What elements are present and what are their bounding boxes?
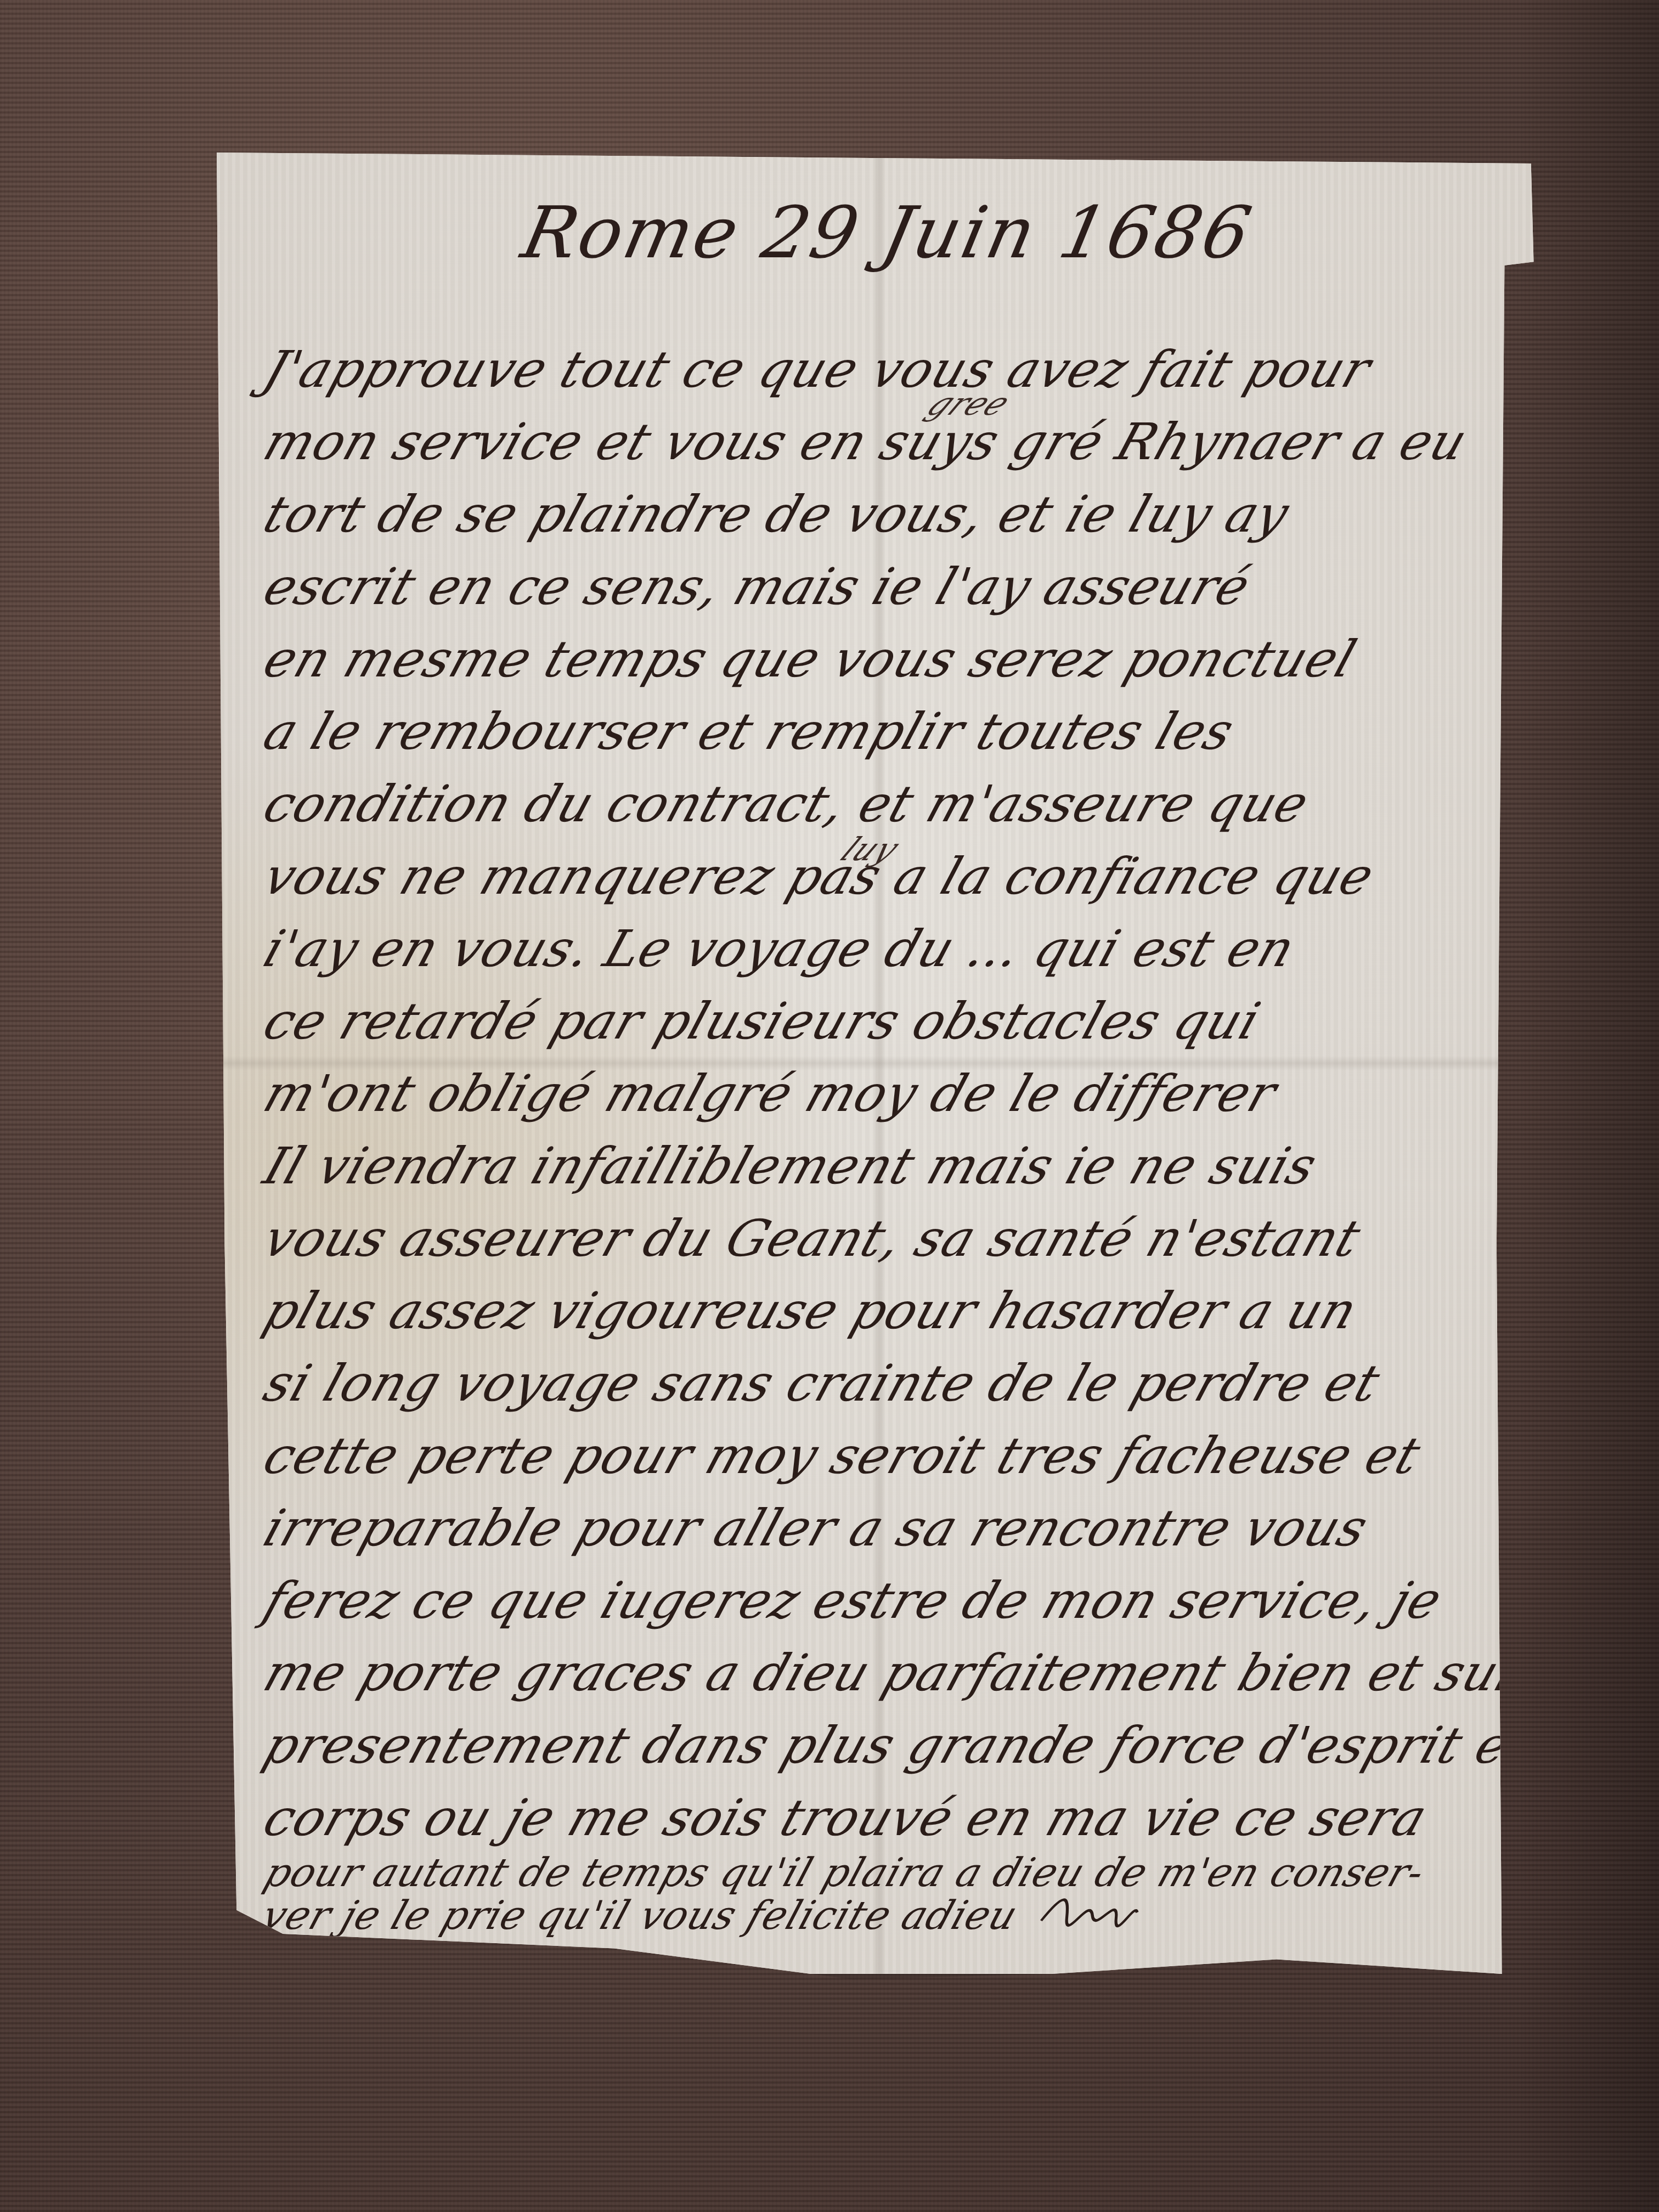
letter-line-8: vous ne manquerez pas a la confiance que… xyxy=(255,840,1513,913)
letter-line-4: escrit en ce sens, mais ie l'ay asseuré xyxy=(255,551,1513,623)
letter-line-10: ce retardé par plusieurs obstacles qui xyxy=(255,985,1513,1058)
letter-line-18: ferez ce que iugerez estre de mon servic… xyxy=(255,1565,1513,1637)
letter-line-22: pour autant de temps qu'il plaira a dieu… xyxy=(260,1854,1506,1891)
letter-body: J'approuve tout ce que vous avez fait po… xyxy=(266,334,1500,1927)
letter-line-12: Il viendra infailliblement mais ie ne su… xyxy=(255,1130,1513,1203)
letter-dateline: Rome 29 Juin 1686 xyxy=(515,191,1260,274)
letter-line-6: a le rembourser et remplir toutes les xyxy=(255,696,1513,768)
letter-line-17: irreparable pour aller a sa rencontre vo… xyxy=(255,1492,1513,1565)
letter-line-16: cette perte pour moy seroit tres facheus… xyxy=(255,1420,1513,1492)
letter-line-5: en mesme temps que vous serez ponctuel xyxy=(255,623,1513,696)
letter-line-9: i'ay en vous. Le voyage du ... qui est e… xyxy=(255,913,1513,985)
letter-line-2-text: mon service et vous en suys gré Rhynaer … xyxy=(257,413,1475,471)
letter-line-3: tort de se plaindre de vous, et ie luy a… xyxy=(255,478,1513,551)
letter-line-15: si long voyage sans crainte de le perdre… xyxy=(255,1347,1513,1420)
letter-line-2: mon service et vous en suys gré Rhynaer … xyxy=(255,406,1513,478)
letter-line-23-text: ver je le prie qu'il vous felicite adieu xyxy=(256,1892,1024,1938)
letter-line-21: corps ou je me sois trouvé en ma vie ce … xyxy=(255,1782,1513,1854)
letter-line-13: vous asseurer du Geant, sa santé n'estan… xyxy=(255,1203,1513,1275)
letter-line-19: me porte graces a dieu parfaitement bien… xyxy=(255,1637,1513,1709)
signature-paraph-icon xyxy=(1036,1891,1147,1930)
letter-line-11: m'ont obligé malgré moy de le differer xyxy=(255,1058,1513,1130)
letter-line-20: presentement dans plus grande force d'es… xyxy=(255,1709,1513,1782)
fabric-background-shadow xyxy=(1516,0,1659,2212)
letter-sheet: Rome 29 Juin 1686 J'approuve tout ce que… xyxy=(217,153,1542,1974)
letter-line-14: plus assez vigoureuse pour hasarder a un xyxy=(255,1275,1513,1347)
letter-line-1: J'approuve tout ce que vous avez fait po… xyxy=(255,334,1513,406)
letter-line-8-text: vous ne manquerez pas a la confiance que xyxy=(257,847,1381,906)
letter-line-23: ver je le prie qu'il vous felicite adieu xyxy=(260,1891,1506,1927)
